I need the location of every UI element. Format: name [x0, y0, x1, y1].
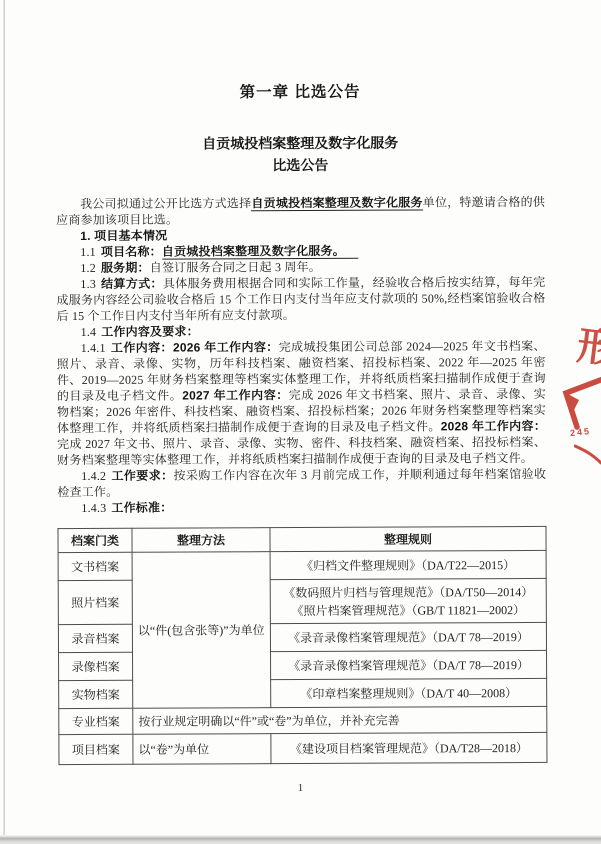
header-archive-category: 档案门类 [58, 528, 132, 552]
scanned-document-page: 第一章 比选公告 自贡城投档案整理及数字化服务比选公告 我公司拟通过公开比选方式… [0, 0, 601, 844]
section-1-2-text: 自签订服务合同之日起 3 周年。 [150, 260, 321, 275]
chapter-heading: 第一章 比选公告 [56, 79, 545, 103]
section-1-4-3-number: 1.4.3 [81, 501, 106, 515]
red-underline-stroke [574, 443, 601, 465]
document-title-line2: 比选公告 [272, 157, 328, 173]
table-row: 实物档案 《印章档案整理规则》（DA/T 40—2008） [59, 678, 547, 708]
section-1-4-number: 1.4 [81, 325, 97, 339]
section-1-4-3-label: 工作标准： [111, 501, 172, 515]
section-1-2-label: 服务期： [101, 261, 150, 275]
section-1-4-1-label-2027: 2027 年工作内容： [182, 388, 289, 402]
merged-rule-cell: 按行业规定明确以“件”或“卷”为单位，并补充完善 [133, 706, 547, 734]
category-cell: 文书档案 [58, 552, 132, 580]
intro-project-name: 自贡城投档案整理及数字化服务 [251, 195, 422, 211]
section-1-4-2-number: 1.4.2 [81, 469, 106, 483]
rule-line-2: 《照片档案管理规范》（GB/T 11821—2002） [276, 600, 541, 619]
method-cell: 以“卷”为单位 [133, 734, 271, 765]
intro-lead: 我公司拟通过公开比选方式选择 [80, 196, 251, 211]
rule-cell: 《数码照片归档与管理规范》（DA/T50—2014）《照片档案管理规范》（GB/… [270, 578, 546, 623]
section-1-2-number: 1.2 [80, 261, 96, 275]
section-1-4-1-number: 1.4.1 [81, 341, 106, 355]
section-1-1-label: 项目名称： [101, 245, 162, 259]
section-1-3-label: 结算方式： [101, 277, 163, 291]
section-1-1-number: 1.1 [80, 245, 96, 259]
section-1-1-value: 自贡城投档案整理及数字化服务。 [162, 244, 358, 260]
red-check-mark-icon [559, 376, 601, 430]
intro-paragraph: 我公司拟通过公开比选方式选择自贡城投档案整理及数字化服务单位，特邀请合格的供应商… [56, 194, 545, 228]
section-1-4-1-text-2028: 完成 2027 年文书、照片、录音、录像、实物、密件、科技档案、融资档案、招投标… [57, 435, 546, 467]
rule-cell: 《归档文件整理规则》（DA/T22—2015） [270, 550, 546, 579]
section-1-4-label: 工作内容及要求： [101, 324, 199, 338]
section-1-4-1-label-2026: 工作内容：2026 年工作内容： [111, 340, 279, 355]
work-standards-table: 档案门类 整理方法 整理规则 文书档案 以“件(包含张等)”为单位 《归档文件整… [57, 526, 547, 765]
section-1-4-1-label-2028: 2028 年工作内容： [441, 419, 546, 433]
section-1-3: 1.3结算方式：具体服务费用根据合同和实际工作量，经验收合格后按实结算，每年完成… [56, 274, 545, 324]
section-1-4-2-label: 工作要求： [111, 469, 173, 483]
table-row: 项目档案 以“卷”为单位 《建设项目档案管理规范》（DA/T28—2018） [59, 732, 547, 764]
rule-cell: 《建设项目档案管理规范》（DA/T28—2018） [271, 732, 547, 763]
table-row: 照片档案 《数码照片归档与管理规范》（DA/T50—2014）《照片档案管理规范… [58, 578, 546, 624]
section-1-3-number: 1.3 [80, 277, 96, 291]
rule-cell: 《录音录像档案管理规范》（DA/T 78—2019） [271, 650, 547, 679]
section-1-heading-text: 1. 项目基本情况 [80, 229, 167, 243]
document-body: 我公司拟通过公开比选方式选择自贡城投档案整理及数字化服务单位，特邀请合格的供应商… [56, 194, 546, 516]
document-title-line1: 自贡城投档案整理及数字化服务 [202, 135, 398, 152]
section-1-4-3: 1.4.3工作标准： [57, 498, 546, 516]
rule-line-1: 《数码照片归档与管理规范》（DA/T50—2014） [276, 582, 541, 601]
document-content: 第一章 比选公告 自贡城投档案整理及数字化服务比选公告 我公司拟通过公开比选方式… [56, 79, 548, 765]
red-stamp-character: 形 [575, 326, 601, 371]
page-left-edge [3, 0, 5, 838]
table-row: 录音档案 《录音录像档案管理规范》（DA/T 78—2019） [58, 622, 546, 652]
page-bottom-edge [0, 835, 601, 844]
rule-cell: 《印章档案整理规则》（DA/T 40—2008） [271, 678, 547, 707]
category-cell: 录像档案 [59, 652, 133, 680]
category-cell: 专业档案 [59, 708, 133, 734]
document-title: 自贡城投档案整理及数字化服务比选公告 [56, 131, 545, 177]
table-row: 文书档案 以“件(包含张等)”为单位 《归档文件整理规则》（DA/T22—201… [58, 550, 546, 580]
table-row: 专业档案 按行业规定明确以“件”或“卷”为单位，并补充完善 [59, 706, 547, 734]
category-cell: 实物档案 [59, 680, 133, 708]
category-cell: 项目档案 [59, 734, 133, 764]
merged-method-cell: 以“件(包含张等)”为单位 [132, 552, 271, 709]
category-cell: 录音档案 [58, 624, 132, 652]
header-arrangement-rule: 整理规则 [270, 526, 546, 551]
section-1-4-1: 1.4.1工作内容：2026 年工作内容：完成城投集团公司总部 2024—202… [57, 338, 547, 468]
section-1-4-2: 1.4.2工作要求：按采购工作内容在次年 3 月前完成工作，并顺利通过每年档案馆… [57, 466, 546, 500]
handwritten-red-number: 245 [570, 426, 592, 438]
header-arrangement-method: 整理方法 [132, 528, 270, 553]
page-number: 1 [0, 782, 601, 794]
table-row: 录像档案 《录音录像档案管理规范》（DA/T 78—2019） [59, 650, 547, 680]
table-header-row: 档案门类 整理方法 整理规则 [58, 526, 546, 552]
category-cell: 照片档案 [58, 580, 132, 624]
rule-cell: 《录音录像档案管理规范》（DA/T 78—2019） [270, 622, 546, 651]
